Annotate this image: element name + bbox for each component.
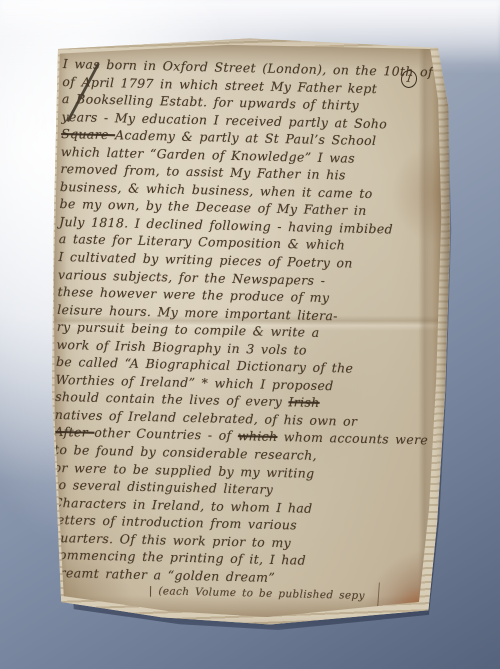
text-segment: | (each Volume to be published sepy bbox=[149, 585, 365, 602]
text-segment: other Countries - of bbox=[94, 425, 238, 443]
text-segment: dreamt rather a “golden dream” bbox=[51, 565, 275, 585]
text-segment: whom accounts were bbox=[277, 429, 428, 447]
photo-background: 1 I was born in Oxford Street (London), … bbox=[0, 0, 500, 669]
manuscript-text: I was born in Oxford Street (London), on… bbox=[51, 55, 433, 607]
struck-word: After bbox=[54, 424, 94, 440]
manuscript-page: 1 I was born in Oxford Street (London), … bbox=[52, 42, 444, 624]
struck-word: which bbox=[238, 429, 278, 445]
struck-word: Irish bbox=[288, 395, 319, 411]
struck-word: Square bbox=[61, 126, 115, 142]
